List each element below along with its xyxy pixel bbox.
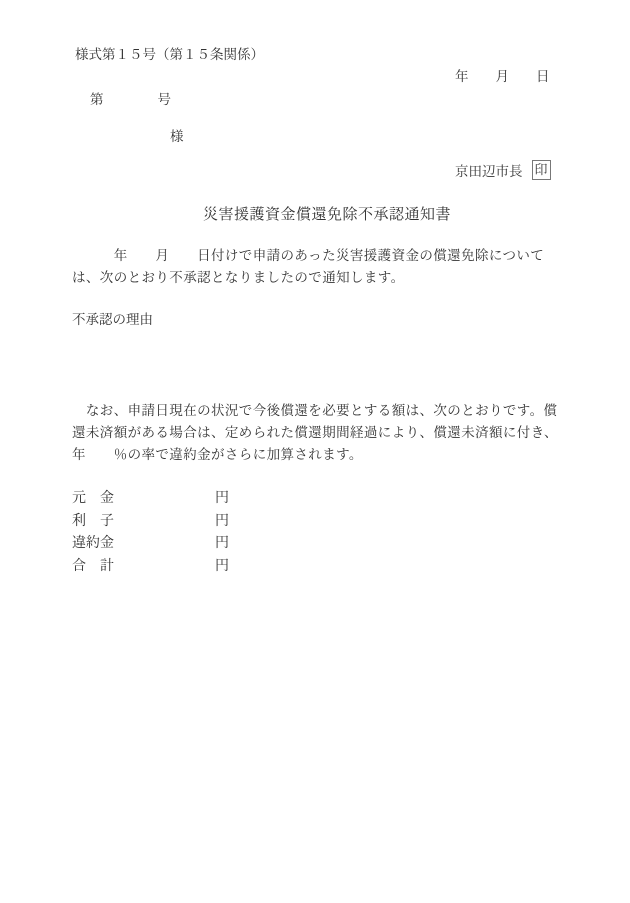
- paragraph1-line1: 年 月 日付けで申請のあった災害援護資金の償還免除について: [72, 248, 544, 264]
- amount-label-penalty: 違約金: [72, 532, 215, 552]
- amount-row-penalty: 違約金 円: [72, 532, 229, 555]
- seal-placeholder-box: 印: [532, 160, 551, 180]
- paragraph2-line2: 還未済額がある場合は、定められた償還期間経過により、償還未済額に付き、: [72, 425, 558, 441]
- paragraph2-line3: 年 ％の率で違約金がさらに加算されます。: [72, 447, 363, 463]
- issuer-name: 京田辺市長: [455, 160, 523, 180]
- form-number: 様式第１５号（第１５条関係）: [75, 47, 264, 63]
- amount-row-interest: 利 子 円: [72, 510, 229, 533]
- amount-unit-penalty: 円: [215, 532, 229, 552]
- document-title: 災害援護資金償還免除不承認通知書: [12, 203, 630, 224]
- amount-label-interest: 利 子: [72, 510, 215, 530]
- amount-row-total: 合 計 円: [72, 555, 229, 578]
- addressee-suffix: 様: [170, 129, 184, 145]
- document-number-line: 第 号: [90, 92, 171, 108]
- amount-label-total: 合 計: [72, 555, 215, 575]
- amount-unit-interest: 円: [215, 510, 229, 530]
- amount-label-principal: 元 金: [72, 487, 215, 507]
- document-page: 様式第１５号（第１５条関係） 年 月 日 第 号 様 京田辺市長 印 災害援護資…: [0, 0, 630, 903]
- date-line: 年 月 日: [455, 69, 550, 85]
- amount-row-principal: 元 金 円: [72, 487, 229, 510]
- amounts-list: 元 金 円 利 子 円 違約金 円 合 計 円: [72, 487, 229, 577]
- issuer-row: 京田辺市長 印: [455, 160, 551, 180]
- paragraph1-line2: は、次のとおり不承認となりましたので通知します。: [72, 270, 405, 286]
- amount-unit-total: 円: [215, 555, 229, 575]
- amount-unit-principal: 円: [215, 487, 229, 507]
- reason-label: 不承認の理由: [72, 312, 153, 328]
- paragraph2-line1: なお、申請日現在の状況で今後償還を必要とする額は、次のとおりです。償: [72, 403, 557, 419]
